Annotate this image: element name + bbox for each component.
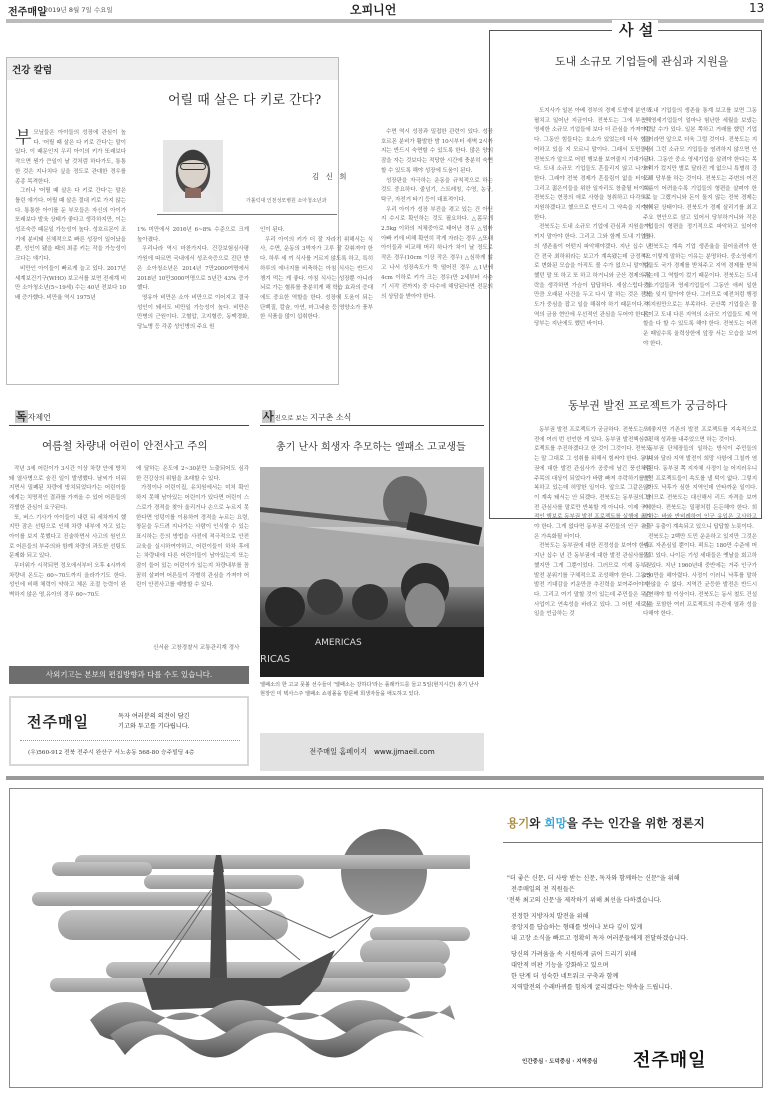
contact-message-line: 독자 여러분의 의견이 담긴 (118, 712, 190, 722)
ad-headline-hope: 희망 (544, 816, 566, 830)
author-affiliation: 가톨릭대 인천성모병원 소아청소년과 (246, 197, 326, 204)
health-column-title: 어릴 때 살은 다 키로 간다? (168, 89, 321, 108)
ad-paragraph: "더 좋은 신문, 더 사랑 받는 신문, 독자와 함께하는 신문"을 위해 전… (507, 873, 688, 906)
ad-logo: 전주매일 (633, 1046, 707, 1072)
ad-headline-part: 와 (529, 816, 544, 830)
ad-line: 대안적 비판 기능을 강화하고 있으며 (511, 960, 688, 971)
header-paper-name: 전주매일 (8, 3, 47, 18)
paragraph: 또, 버스 기사가 아이들이 내린 뒤 세차까지 했지만 잠은 선팅으로 인해 … (9, 514, 126, 563)
reader-column-title: 여름철 차량내 어린이 안전사고 주의 (42, 438, 208, 453)
photo-news-image: AMERICAS RICAS (260, 467, 484, 677)
paragraph: 전북도는 도내 소규모 기업에 관심과 지원을 아끼지 말아야 한다. 그리고 … (534, 223, 651, 330)
photo-news-scene-icon: AMERICAS RICAS (260, 467, 484, 677)
tag-initial: 사 (262, 410, 275, 423)
paragraph: 동부권 발전 프로젝트가 궁금하다. 전북도는 예전에 여러 번 선언한 게 있… (534, 426, 651, 542)
header-page-number: 13 (749, 1, 764, 15)
contact-message-line: 기고와 투고를 기다립니다. (118, 722, 190, 732)
ad-headline-courage: 용기 (507, 816, 529, 830)
ad-headline-rule (503, 842, 763, 843)
ad-line: 한 단계 더 성숙한 네트워크 구축과 함께 (511, 971, 688, 982)
paragraph: 수면 역시 성장과 밀접한 관련이 있다. 성장 호르몬 분비가 활발한 밤 1… (381, 128, 493, 177)
editorial-2-text-2: 도 좋지만 기존의 발전 프로젝트를 지속적으로 추진해 성과를 내주었으면 하… (643, 426, 757, 771)
homepage-link[interactable]: www.jjmaeil.com (374, 747, 435, 756)
paragraph: 전북도는 2백만 도민 운운하고 있지만 그것은 셈프 자존심일 뿐이다. 퍽트… (643, 533, 757, 620)
paragraph: 도내 기업들의 생존율 통계 보고를 보면 그동안 영세기업들이 얼마나 험난한… (643, 107, 757, 243)
paragraph: 동부권 단체장들의 일하는 방식이 주민들의 기대와 달라 지역 발전이 희망 … (643, 445, 757, 532)
photo-news-rule (260, 425, 484, 426)
editorial-title-1: 도내 소규모 기업들에 관심과 지원을 (555, 53, 728, 69)
editorial-masthead: 사 설 (619, 19, 653, 40)
ad-line: 중앙지를 답습하는 형태를 벗어나 보다 깊이 있게 (511, 922, 688, 933)
tag-rest: 지구촌 소식 (310, 413, 351, 422)
paragraph: 모님들은 아이들의 성장에 관심이 높다. '어릴 때 살은 다 키로 간다'는… (15, 129, 126, 187)
tag-rest-small: 진으로 보는 (275, 414, 311, 422)
header-date: 2019년 8월 7일 수요일 (44, 5, 113, 14)
contact-address: (우)560-912 전북 전주시 완산구 서노송동 568-80 승주빌딩 4… (28, 747, 194, 756)
editorial-1-text-1: 도지사가 일본 아베 정부의 경제 도발에 분연히 펼치고 일어난 지금이다. … (534, 107, 651, 389)
reader-column-tag: 독자제언 (15, 408, 51, 424)
author-name: 김 신 희 (312, 171, 349, 182)
paragraph: 가정이나 어린이집, 유치원에서는 미처 확인하지 못해 남아있는 어린이가 있… (136, 484, 249, 591)
reader-column-text-2: 에 달하는 온도에 2~30분만 노출되어도 심각한 건강상의 위험을 초래할 … (136, 465, 249, 642)
paragraph: 우리 아이의 키가 더 잘 자라기 위해서는 식사, 수면, 운동의 3박자가 … (260, 236, 373, 323)
ad-paragraph: 당신의 가려움을 속 시원하게 긁어 드리기 위해 대안적 비판 기능을 강화하… (507, 949, 688, 993)
ship-pen-illustration-icon (30, 810, 470, 1070)
author-photo-neck (185, 188, 201, 198)
paragraph: 전북도는 계속 기업 생존율을 끌어올려야 한다. 이렇게 말하는 이유는 분명… (643, 243, 757, 350)
editorial-2-text-1: 동부권 발전 프로젝트가 궁금하다. 전북도는 예전에 여러 번 선언한 게 있… (534, 426, 651, 771)
paragraph: 1% 미만에서 2016년 6~8% 수준으로 크게 높아졌다. (137, 226, 249, 245)
ad-body: "더 좋은 신문, 더 사랑 받는 신문, 독자와 함께하는 신문"을 위해 전… (507, 873, 688, 998)
jersey-text: AMERICAS (315, 638, 362, 648)
health-column-label-bar (7, 58, 338, 80)
paragraph: 에 달하는 온도에 2~30분만 노출되어도 심각한 건강상의 위험을 초래할 … (136, 465, 249, 484)
header-section-title: 오피니언 (350, 1, 396, 18)
reader-column-byline: 신서윤 고창경찰서 교통관리계 경사 (153, 643, 239, 651)
dropcap: 부 (15, 130, 31, 146)
photo-news-caption: 엘패소의 한 고교 풋볼 선수들이 '엘패소는 강하다'라는 플래카드를 들고 … (260, 681, 484, 698)
ad-line: 내 고장 소식을 빠르고 정확히 독자 여러분들에게 전달하겠습니다. (511, 933, 688, 944)
contact-logo: 전주매일 (27, 711, 89, 732)
contact-message: 독자 여러분의 의견이 담긴 기고와 투고를 기다립니다. (118, 712, 190, 732)
author-divider (157, 214, 337, 215)
reader-column-rule (9, 425, 249, 426)
editorial-1-text-2: 도내 기업들의 생존율 통계 보고를 보면 그동안 영세기업들이 얼마나 험난한… (643, 107, 757, 389)
paragraph: 영유아 비만은 소아 비만으로 이어지고 결국 성인이 돼서도 비만일 가능성이… (137, 294, 249, 333)
ad-line: 진정한 지방자치 발전을 위해 (511, 911, 688, 922)
ad-line: 전주매일의 전 직원들은 (507, 884, 688, 895)
homepage-label: 전주매일 홈페이지 (309, 747, 367, 756)
ad-paragraph: 진정한 지방자치 발전을 위해 중앙지를 답습하는 형태를 벗어나 보다 깊이 … (507, 911, 688, 944)
contact-divider (20, 740, 240, 741)
editorial-title-2: 동부권 발전 프로젝트가 궁금하다 (568, 397, 727, 413)
photo-news-tag: 사진으로 보는 지구촌 소식 (262, 408, 351, 424)
health-column-text-1: 부 모님들은 아이들의 성장에 관심이 높다. '어릴 때 살은 다 키로 간다… (15, 129, 126, 377)
tag-rest: 자제언 (28, 413, 51, 422)
paragraph: 비만인 아이들이 빠르게 늘고 있다. 2017년 세계보건기구(WHO) 보고… (15, 265, 126, 304)
homepage-banner[interactable]: 전주매일 홈페이지 www.jjmaeil.com (260, 733, 484, 771)
paragraph: 성장판을 자극하는 운동을 규칙적으로 하는 것도 중요하다. 줄넘기, 스트레… (381, 177, 493, 206)
ad-headline: 용기와 희망을 주는 인간을 위한 정론지 (507, 815, 705, 831)
health-column-text-4: 수면 역시 성장과 밀접한 관련이 있다. 성장 호르몬 분비가 활발한 밤 1… (381, 128, 493, 378)
ad-headline-part: 을 주는 인간을 위한 정론지 (567, 816, 705, 830)
health-column-text-2: 1% 미만에서 2016년 6~8% 수준으로 크게 높아졌다. 우리나라 역시… (137, 226, 249, 376)
paragraph: 도지사가 일본 아베 정부의 경제 도발에 분연히 펼치고 일어난 지금이다. … (534, 107, 651, 223)
paragraph: 우리 아이가 성장 부진을 겪고 있는 건 아닌지 수시로 확인하는 것도 필요… (381, 206, 493, 303)
paragraph: 전북도는 동부권에 대한 진정성을 보여야 한다. 지난 십수 년 간 동부권에… (534, 542, 651, 620)
paragraph: 인이 된다. (260, 226, 373, 236)
photo-news-title: 총기 난사 희생자 추모하는 엘패소 고교생들 (276, 438, 466, 453)
reader-column-text-1: 작년 3세 어린이가 3시간 이상 차량 안에 방치돼 열사병으로 숨진 일이 … (9, 465, 126, 650)
paragraph: 그러나 '어릴 때 살은 다 키로 간다'는 말은 틀린 얘기다. 어릴 때 살… (15, 187, 126, 265)
health-column-text-3: 인이 된다. 우리 아이의 키가 더 잘 자라기 위해서는 식사, 수면, 운동… (260, 226, 373, 376)
svg-text:RICAS: RICAS (260, 654, 290, 665)
paragraph: 무더위가 시작되면 정오에서부터 오후 4시까지 차량내 온도는 60~70도까… (9, 562, 126, 601)
tag-initial: 독 (15, 410, 28, 423)
ad-line: 지역발전의 수레바퀴를 힘차게 굴리겠다는 약속을 드립니다. (511, 982, 688, 993)
paragraph: 작년 3세 어린이가 3시간 이상 차량 안에 방치돼 열사병으로 숨진 일이 … (9, 465, 126, 514)
ad-line: 당신의 가려움을 속 시원하게 긁어 드리기 위해 (511, 949, 688, 960)
ad-line: "더 좋은 신문, 더 사랑 받는 신문, 독자와 함께하는 신문"을 위해 (507, 873, 688, 884)
contribution-notice: 사외기고는 본보의 편집방향과 다를 수도 있습니다. (9, 666, 249, 684)
paragraph: 도 좋지만 기존의 발전 프로젝트를 지속적으로 추진해 성과를 내주었으면 하… (643, 426, 757, 445)
ad-slogan: 인간중심 · 도덕중심 · 지역중심 (522, 1057, 598, 1065)
author-photo-glasses (180, 163, 206, 170)
health-column-label: 건강 칼럼 (12, 62, 52, 76)
ad-line: '전북 최고의 신문'을 제작하기 위해 최선을 다하겠습니다. (507, 895, 688, 906)
section-divider (6, 776, 764, 780)
paragraph: 우리나라 역시 마찬가지다. 건강보험심사평가원에 따르면 국내에서 성조숙증으… (137, 245, 249, 294)
